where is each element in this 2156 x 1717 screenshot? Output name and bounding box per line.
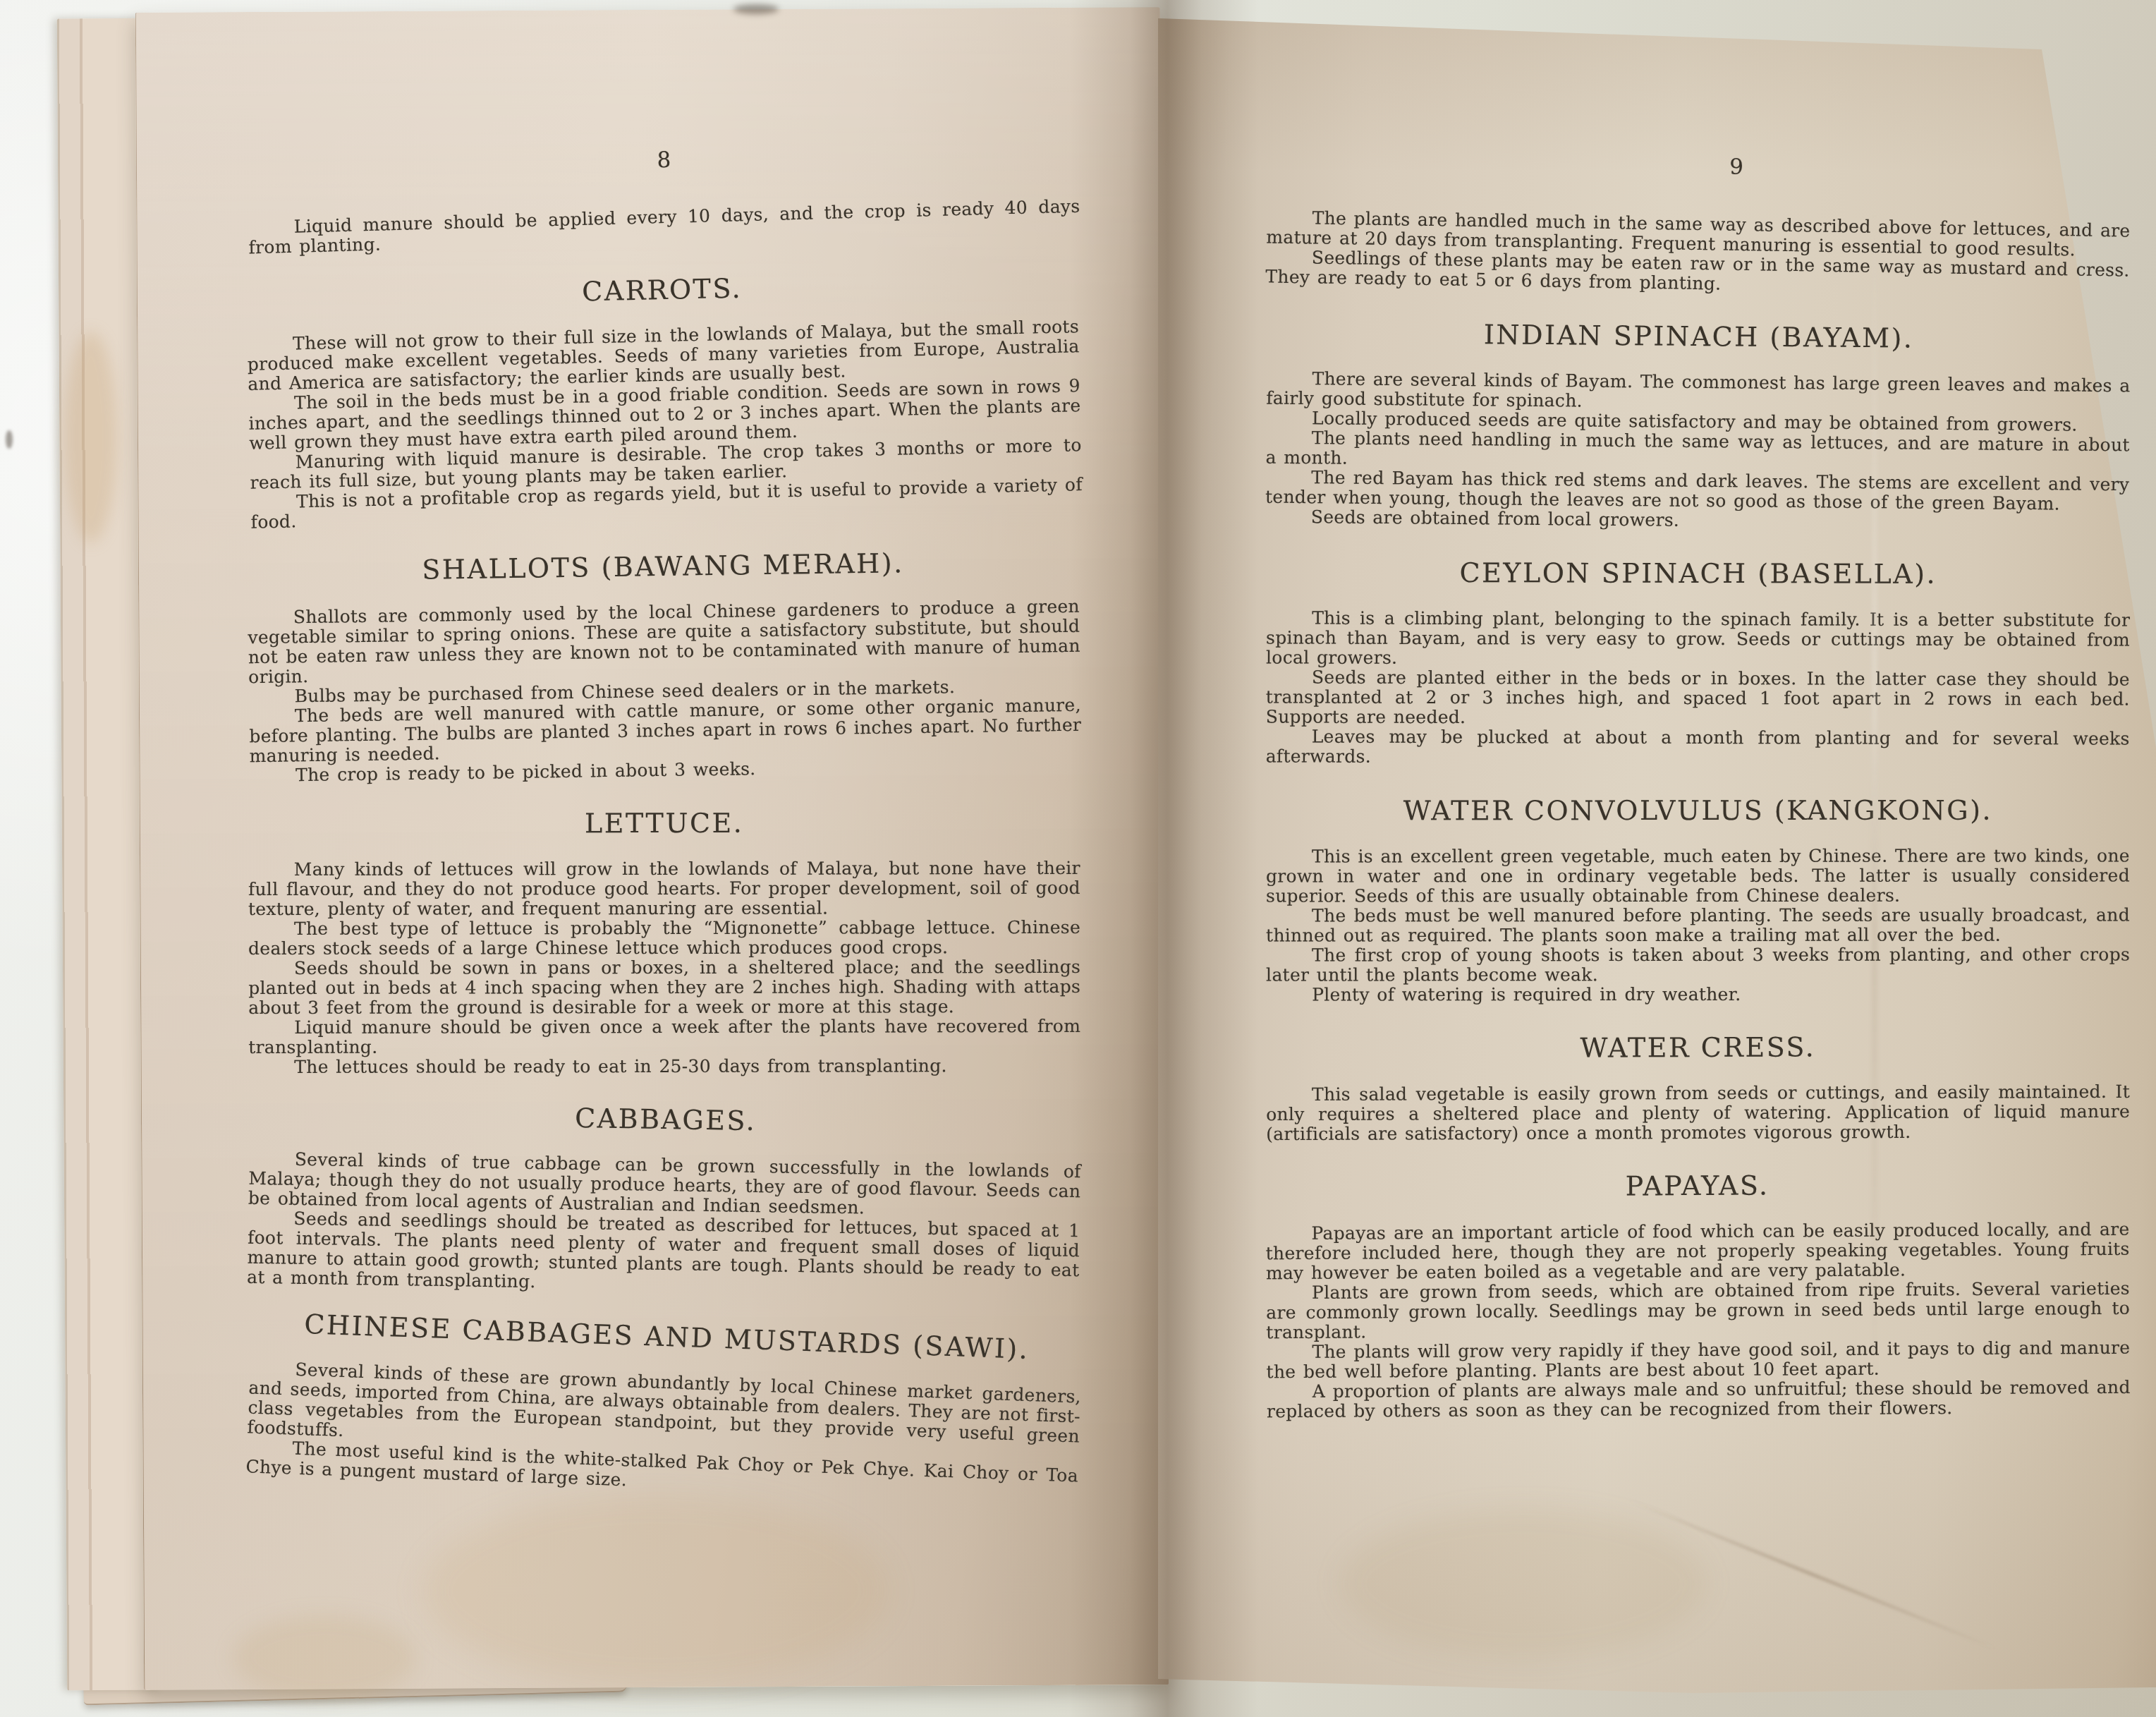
paragraph: The beds are well manured with cattle ma… (249, 696, 1082, 766)
section-heading: CHINESE CABBAGES AND MUSTARDS (SAWI). (250, 1306, 1083, 1367)
right-page-sections: The plants are handled much in the same … (1266, 214, 2130, 1419)
text-section: CEYLON SPINACH (BASELLA).This is a climb… (1266, 556, 2131, 768)
text-section: PAPAYAS.Papayas are an important article… (1265, 1167, 2131, 1421)
paragraph: This is a climbing plant, belonging to t… (1266, 608, 2130, 669)
paragraph: The lettuces should be ready to eat in 2… (248, 1056, 1080, 1077)
text-section: The plants are handled much in the same … (1265, 207, 2131, 300)
text-section: CABBAGES.Several kinds of true cabbage c… (247, 1097, 1082, 1301)
text-section: SHALLOTS (BAWANG MERAH).Shallots are com… (247, 545, 1082, 786)
section-heading: WATER CONVOLVULUS (KANGKONG). (1266, 794, 2130, 827)
right-page-text-column: 9 The plants are handled much in the sam… (1266, 155, 2130, 1419)
text-section: WATER CONVOLVULUS (KANGKONG).This is an … (1266, 794, 2130, 1005)
paragraph: Shallots are commonly used by the local … (248, 597, 1080, 687)
paragraph: Seeds are planted either in the beds or … (1266, 667, 2130, 729)
paragraph: This salad vegetable is easily grown fro… (1266, 1082, 2130, 1144)
section-heading: CEYLON SPINACH (BASELLA). (1266, 556, 2130, 590)
section-heading: WATER CRESS. (1266, 1030, 2130, 1065)
paragraph: Liquid manure should be given once a wee… (248, 1017, 1080, 1057)
paragraph: Leaves may be plucked at about a month f… (1266, 727, 2130, 768)
paragraph: Seeds should be sown in pans or boxes, i… (248, 957, 1080, 1018)
paragraph: A proportion of plants are always male a… (1267, 1378, 2131, 1421)
paragraph: The first crop of young shoots is taken … (1266, 945, 2130, 985)
text-section: CARROTS.These will not grow to their ful… (245, 265, 1083, 533)
left-page-text-column: 8 Liquid manure should be applied every … (248, 148, 1080, 1491)
paragraph: Plants are grown from seeds, which are o… (1266, 1279, 2130, 1342)
text-section: WATER CRESS.This salad vegetable is easi… (1266, 1030, 2131, 1144)
page-number: 9 (1305, 155, 2156, 179)
text-section: LETTUCE.Many kinds of lettuces will grow… (248, 806, 1081, 1077)
paragraph: This is an excellent green vegetable, mu… (1266, 846, 2130, 906)
text-section: INDIAN SPINACH (BAYAM).There are several… (1265, 317, 2131, 535)
section-heading: PAPAYAS. (1265, 1167, 2129, 1204)
paragraph: Plenty of watering is required in dry we… (1266, 984, 2130, 1005)
paragraph: The beds must be well manured before pla… (1266, 905, 2130, 945)
section-heading: CABBAGES. (249, 1097, 1082, 1143)
paragraph: The plants will grow very rapidly if the… (1266, 1338, 2130, 1382)
left-page-sections: Liquid manure should be applied every 10… (248, 207, 1080, 1491)
section-heading: SHALLOTS (BAWANG MERAH). (247, 545, 1080, 588)
text-section: CHINESE CABBAGES AND MUSTARDS (SAWI).Sev… (245, 1306, 1083, 1505)
paragraph: Seeds and seedlings should be treated as… (247, 1208, 1080, 1301)
paragraph: The best type of lettuce is probably the… (248, 918, 1080, 959)
paragraph: Liquid manure should be applied every 10… (248, 197, 1080, 258)
section-heading: INDIAN SPINACH (BAYAM). (1267, 317, 2131, 357)
section-heading: CARROTS. (245, 265, 1078, 315)
text-section: Liquid manure should be applied every 10… (248, 197, 1080, 258)
paragraph: Papayas are an important article of food… (1265, 1220, 2129, 1283)
section-heading: LETTUCE. (248, 806, 1080, 840)
paragraph: Many kinds of lettuces will grow in the … (248, 858, 1080, 919)
